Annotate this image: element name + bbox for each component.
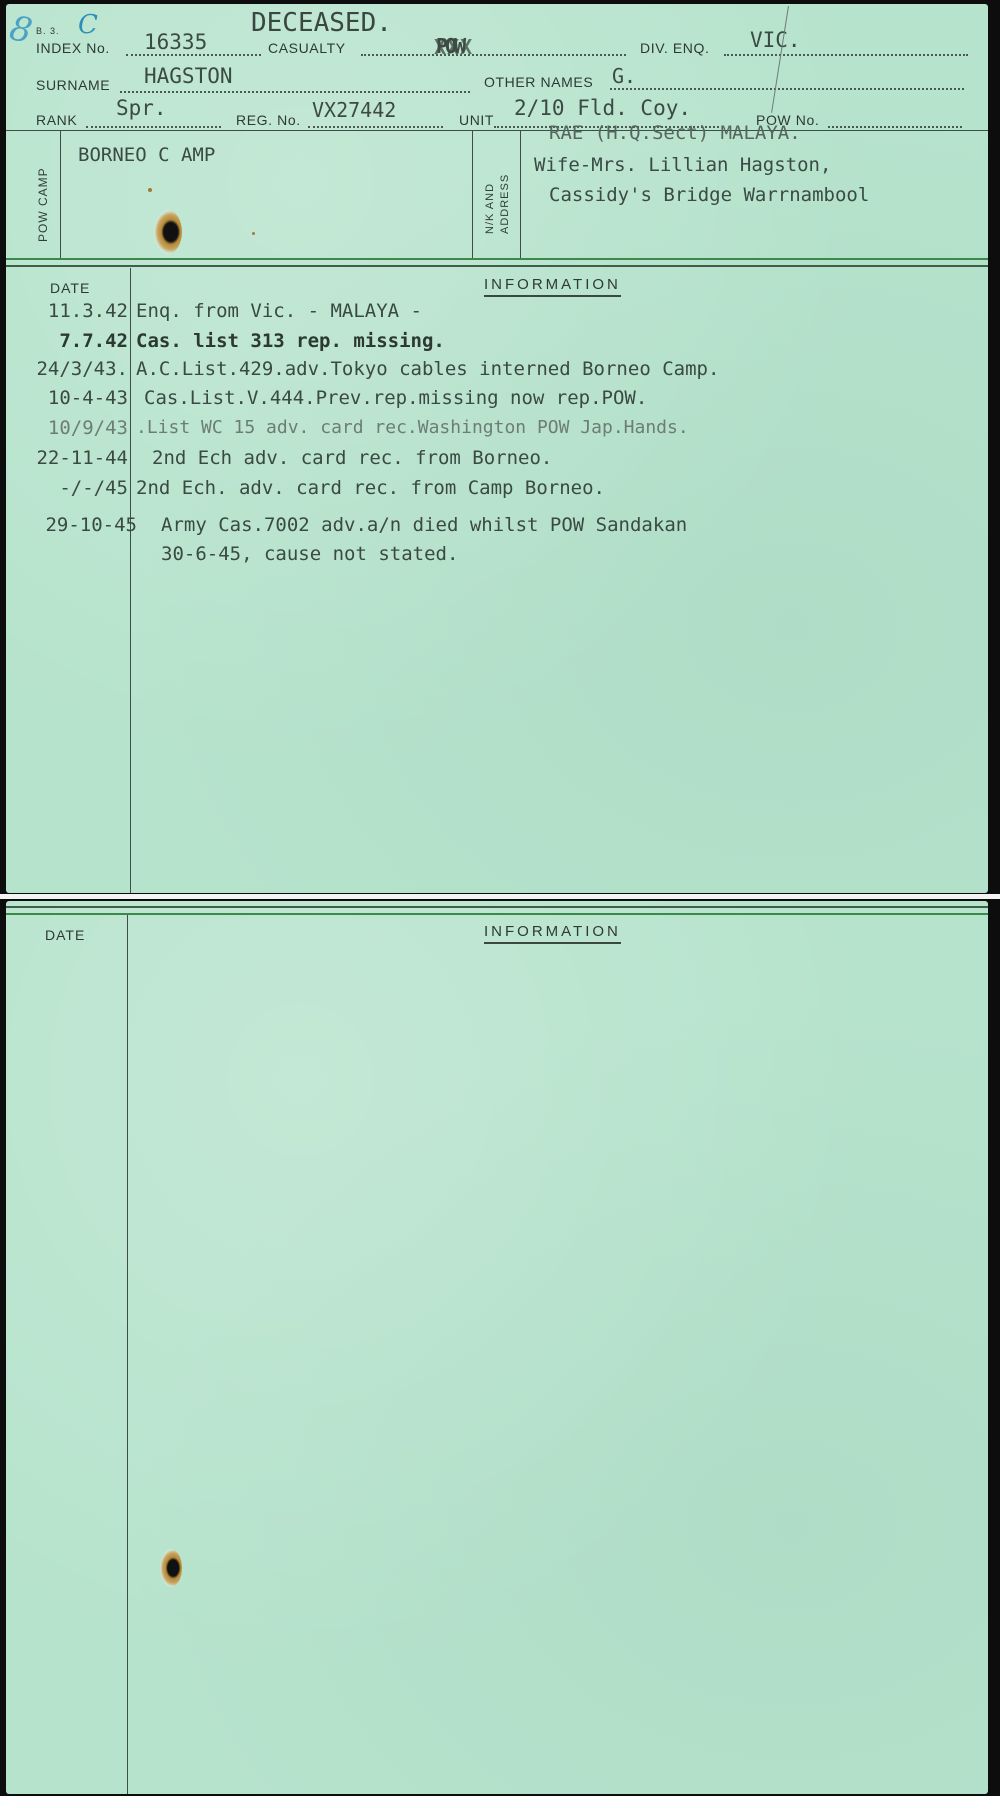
row-date: 11.3.42 [6,300,128,322]
nk-address-line-3: Cassidy's Bridge Warrnambool [549,184,869,206]
reg-no-value: VX27442 [312,98,396,122]
reg-no-label: REG. No. [236,112,301,128]
card-front: 8 C B. 3. DECEASED. INDEX No. 16335 CASU… [6,4,988,893]
card-separator [0,894,1000,899]
pow-camp-value: BORNEO C AMP [78,144,215,166]
reg-no-dotted-line [308,126,443,128]
double-rule-top [6,906,988,908]
information-header: INFORMATION [484,923,621,944]
nk-left-divider [472,130,473,258]
pow-camp-divider [60,130,61,258]
row-information: Army Cas.7002 adv.a/n died whilst POW Sa… [161,514,687,536]
nk-address-line-1: RAE (H.Q.Sect) MALAYA. [549,122,801,144]
pencil-stroke [771,6,789,113]
casualty-dotted-line [361,54,626,56]
double-rule-top [6,258,988,260]
date-column-divider [127,915,128,1794]
nk-address-line-2: Wife-Mrs. Lillian Hagston, [534,154,831,176]
form-code: B. 3. [36,26,60,36]
punch-hole-damage [154,210,182,254]
date-column-divider [130,268,131,893]
row-date: 24/3/43. [6,358,128,380]
pencil-annotation-circle: C [78,10,98,40]
div-enq-value: VIC. [750,28,801,52]
card-back: DATE INFORMATION [6,901,988,1794]
stain-speck [252,232,255,235]
row-information: A.C.List.429.adv.Tokyo cables interned B… [136,358,719,380]
row-date: 22-11-44 [6,447,128,469]
nk-right-divider [520,130,521,258]
section-rule [6,130,988,131]
row-information: 30-6-45, cause not stated. [161,543,458,565]
surname-dotted-line [120,91,470,93]
surname-value: HAGSTON [144,64,233,88]
date-header: DATE [50,280,90,296]
row-information: Cas. list 313 rep. missing. [136,330,445,352]
index-no-value: 16335 [144,30,207,54]
row-date: 29-10-45 [6,514,137,536]
row-information: .List WC 15 adv. card rec.Washington POW… [136,417,689,438]
row-date: 10-4-43 [6,387,128,409]
rank-value: Spr. [116,96,167,120]
double-rule-bottom [6,913,988,915]
status-stamp-deceased: DECEASED. [251,8,392,38]
row-information: 2nd Ech. adv. card rec. from Camp Borneo… [136,477,605,499]
other-names-dotted-line [610,88,964,90]
casualty-label: CASUALTY [268,40,346,56]
pow-no-dotted-line [828,126,962,128]
punch-hole-damage [160,1549,182,1587]
date-header: DATE [45,927,85,943]
div-enq-label: DIV. ENQ. [640,40,709,56]
index-no-label: INDEX No. [36,40,110,56]
row-information: Cas.List.V.444.Prev.rep.missing now rep.… [144,387,647,409]
row-date: 10/9/43 [6,417,128,439]
other-names-value: G. [612,64,636,88]
row-information: 2nd Ech adv. card rec. from Borneo. [152,447,552,469]
other-names-label: OTHER NAMES [484,74,593,90]
nk-label-line1: N/K AND [484,183,496,234]
div-enq-dotted-line [724,54,968,56]
rank-dotted-line [86,126,221,128]
index-no-dotted-line [126,54,261,56]
rank-label: RANK [36,112,77,128]
unit-label: UNIT [459,112,494,128]
stain-speck [148,188,152,192]
row-date: -/-/45 [6,477,128,499]
casualty-strikethrough: XXX [434,35,473,59]
pencil-annotation-number: 8 [6,8,35,52]
pow-camp-label: POW CAMP [36,167,50,242]
unit-value: 2/10 Fld. Coy. [514,96,691,120]
row-information: Enq. from Vic. - MALAYA - [136,300,422,322]
row-date: 7.7.42 [6,330,128,352]
double-rule-bottom [6,265,988,267]
surname-label: SURNAME [36,77,110,93]
nk-label-line2: ADDRESS [499,174,511,234]
information-header: INFORMATION [484,276,621,297]
